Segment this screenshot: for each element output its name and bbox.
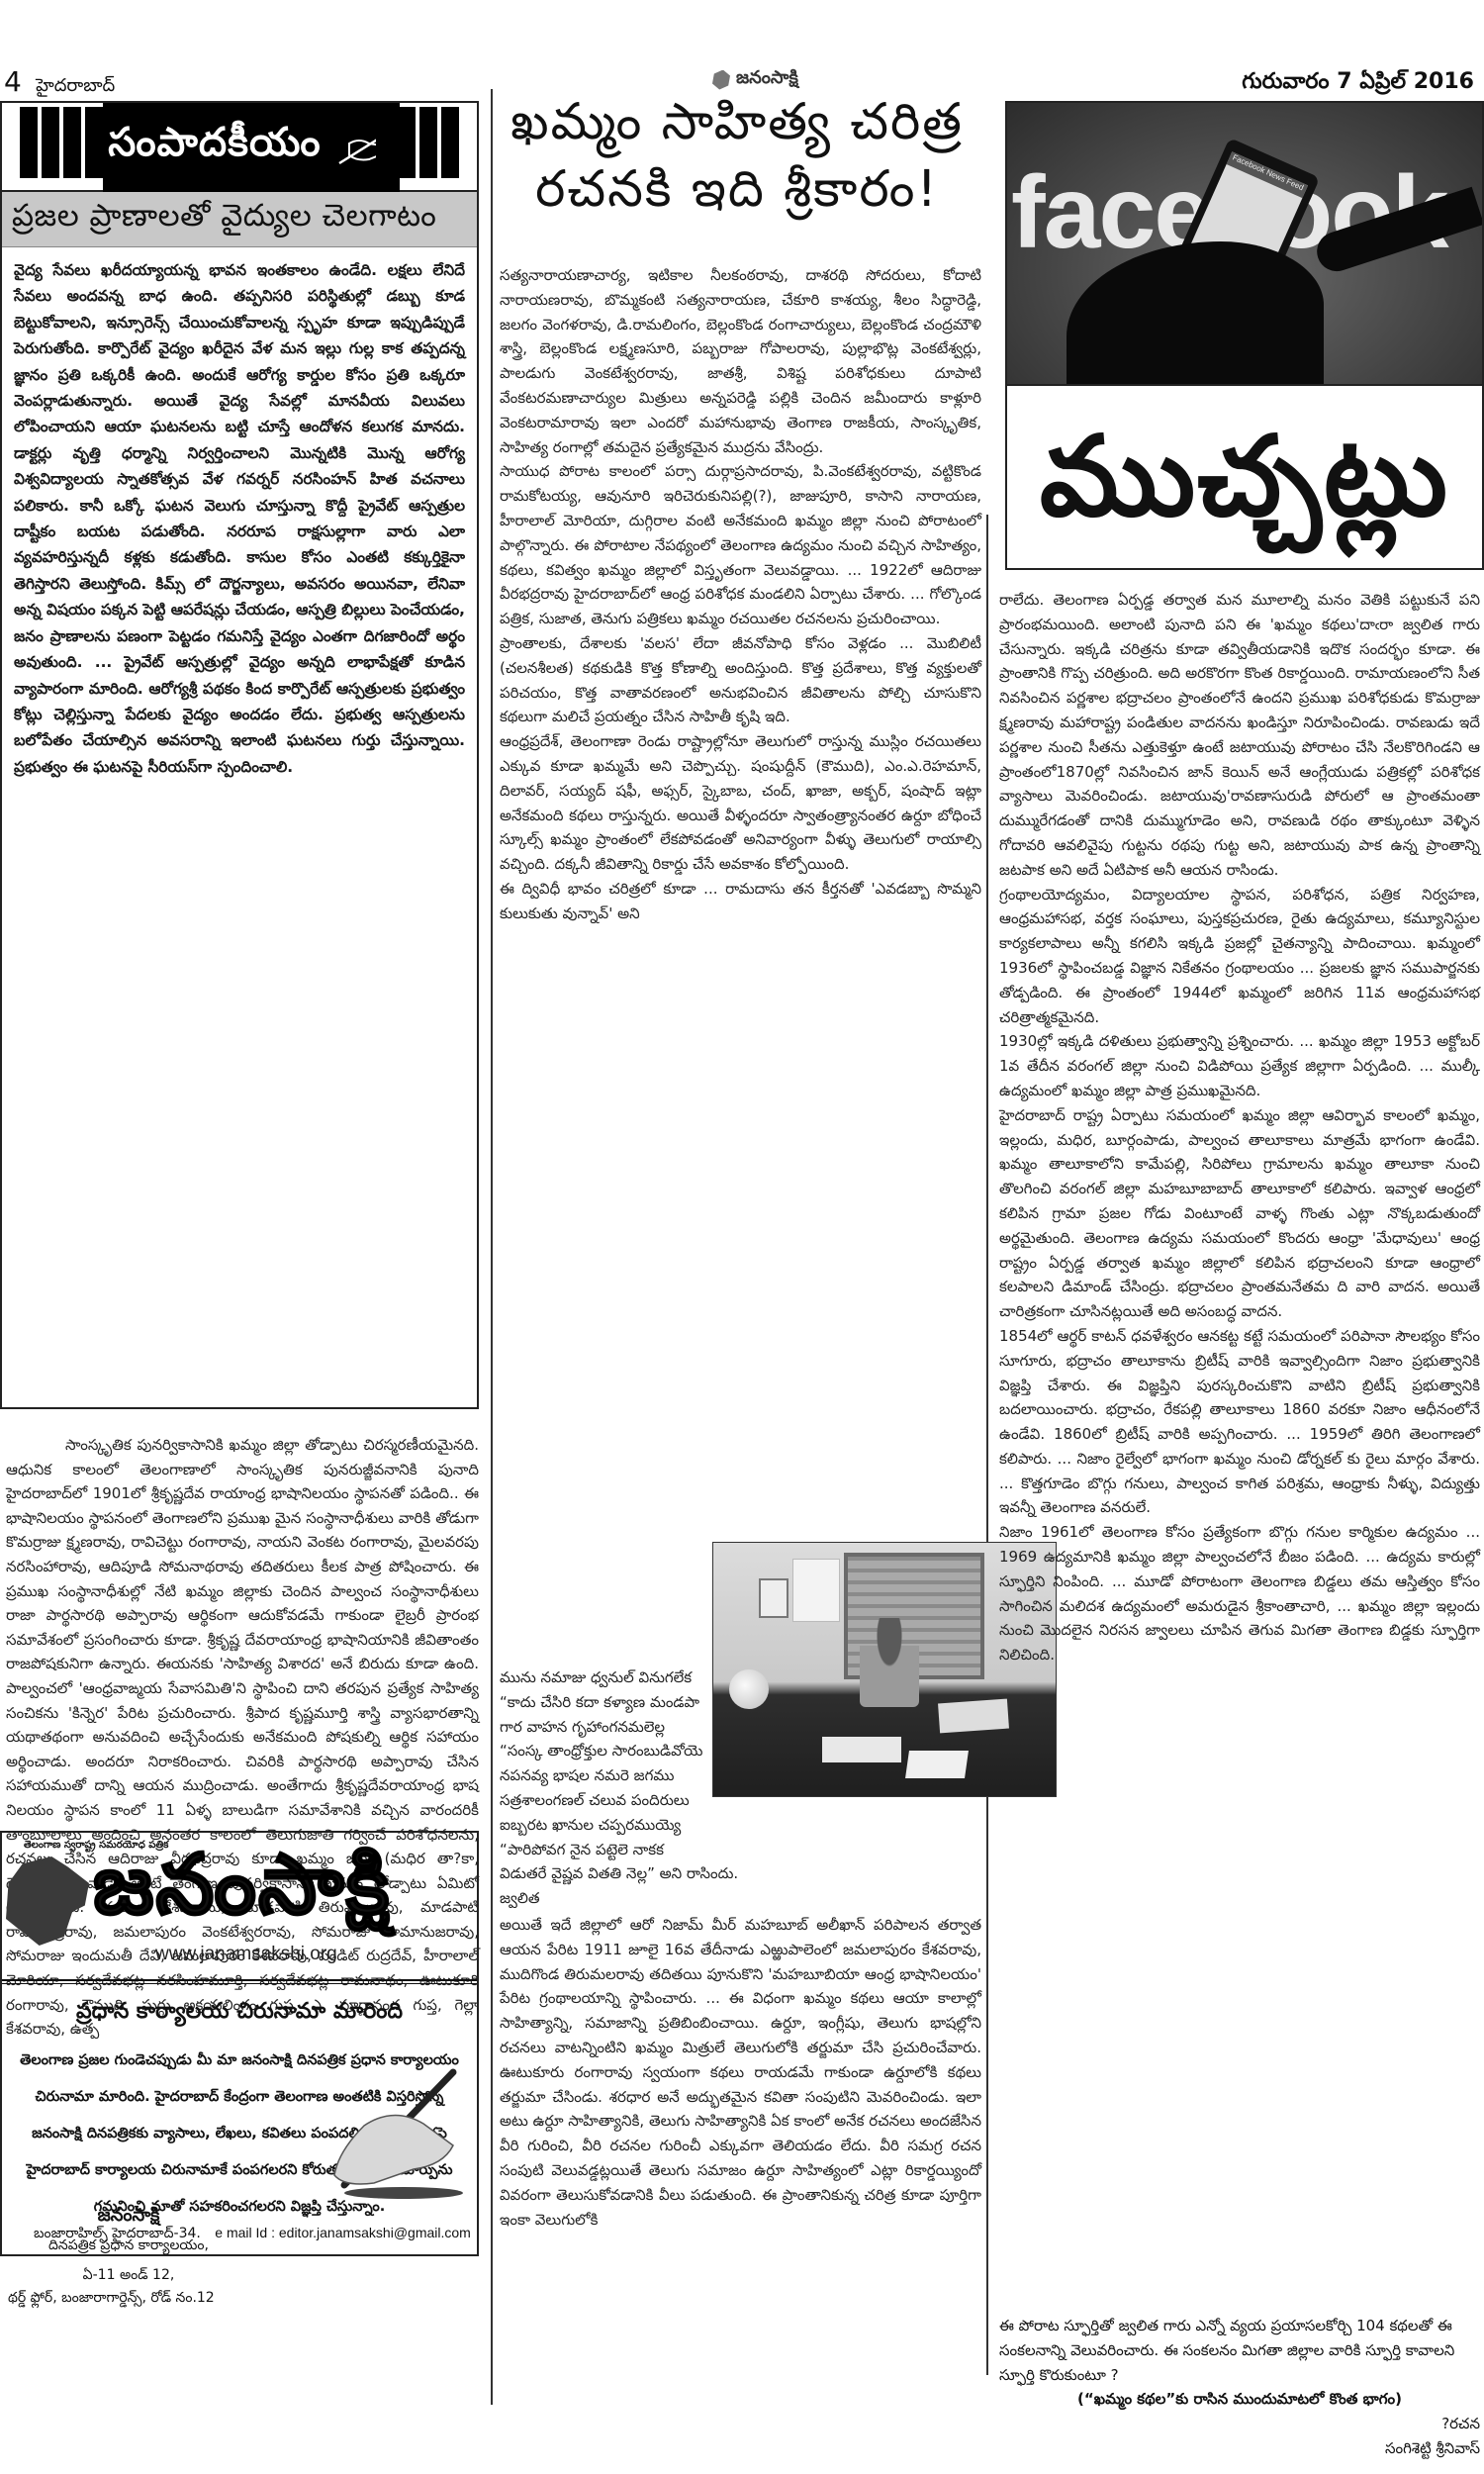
poem-line: విడుతరే వైష్ణవ వితతి నెల్ల” అని రాసిందు. bbox=[500, 1861, 712, 1886]
poem-quote: మును నమాజు ధ్వనుల్ వినుగలేక “కాదు చేసిరి… bbox=[500, 1665, 712, 1911]
article-paragraph: అయితే ఇదే జిల్లాలో ఆరో నిజామ్ మీర్ మహబూబ… bbox=[500, 1913, 981, 2232]
article-paragraph: హైదరాబాద్ రాష్ట్ర ఏర్పాటు సమయంలో ఖమ్మం జ… bbox=[999, 1103, 1480, 1324]
office-address-notice: తెలంగాణ స్వరాష్ట్ర సమరయోధ పత్రిక జనంసాక్… bbox=[0, 1831, 479, 2256]
editorial-box: సంపాదకీయం ప్రజల ప్రాణాలతో వైద్యుల చెలగాట… bbox=[0, 101, 479, 1409]
article-closing: ఈ పోరాట స్ఫూర్తితో జ్వలిత గారు ఎన్నో వ్య… bbox=[999, 2314, 1480, 2387]
poem-line: మును నమాజు ధ్వనుల్ వినుగలేక bbox=[500, 1665, 712, 1690]
column-divider bbox=[986, 515, 988, 2375]
article-headline: ఖమ్మం సాహిత్య చరిత్ర రచనకి ఇది శ్రీకారం! bbox=[495, 89, 979, 224]
editorial-body: వైద్య సేవలు ఖరీదయ్యాయన్న భావన ఇంతకాలం ఉం… bbox=[2, 247, 477, 790]
wall-portrait bbox=[759, 1578, 788, 1618]
papers bbox=[905, 1751, 969, 1778]
facebook-image: facebook Facebook News Feed bbox=[1005, 101, 1484, 384]
article-paragraph: ఈ ద్వివిధీ భావం చరిత్రలో కూడా ... రామదాస… bbox=[500, 877, 981, 926]
article-paragraph: సత్యనారాయణాచార్య, ఇటికాల నీలకంఠరావు, దాశ… bbox=[500, 263, 981, 459]
poem-attribution: జ్వలిత bbox=[500, 1886, 712, 1911]
poem-line: “సంస్క తాంధ్రోక్తుల సారంబుడివోయె bbox=[500, 1739, 712, 1763]
poem-line: గార వాహన గృహాంగనమలెల్ల bbox=[500, 1715, 712, 1740]
article-paragraph: 1854లో ఆర్థర్ కాటన్ ధవళేశ్వరం ఆనకట్ట కట్… bbox=[999, 1324, 1480, 1520]
section-title: ముచ్చట్లు bbox=[1040, 422, 1449, 532]
decorative-bars bbox=[20, 107, 103, 178]
address-line: ఏ-11 అండ్ 12, bbox=[10, 2260, 247, 2290]
column-divider bbox=[491, 89, 493, 2405]
article-body-center: సత్యనారాయణాచార్య, ఇటికాల నీలకంఠరావు, దాశ… bbox=[500, 263, 981, 926]
poem-line: “కాదు చేసిరి కదా కళ్యాణ మండపా bbox=[500, 1690, 712, 1715]
seated-woman bbox=[860, 1618, 919, 1707]
decorative-bars bbox=[376, 107, 459, 178]
divider bbox=[2, 1979, 477, 1984]
hand-writing-pen-icon bbox=[305, 2066, 473, 2205]
poem-line: “పారిపోవగ నైన పట్టెలె నాకక bbox=[500, 1838, 712, 1862]
website-link[interactable]: www.janamsakshi.org bbox=[155, 1944, 337, 1965]
article-paragraph: 1930ల్లో ఇక్కడి దళితులు ప్రభుత్వాన్ని ప్… bbox=[999, 1029, 1480, 1102]
telangana-map-icon bbox=[712, 70, 730, 90]
wall-notice bbox=[792, 1559, 840, 1622]
address-line: బంజారాహిల్స్ హైదరాబాద్-34. bbox=[34, 2226, 201, 2241]
poem-line: ఐబ్బరట ఖానుల చప్పరముయ్యె bbox=[500, 1813, 712, 1838]
email-link[interactable]: e mail Id : editor.janamsakshi@gmail.com bbox=[215, 2225, 471, 2240]
papers bbox=[822, 1737, 901, 1762]
poem-line: నపనవ్య భాషల నమరె జగము bbox=[500, 1763, 712, 1788]
byline-author: సంగిశెట్టి శ్రీనివాస్ bbox=[999, 2436, 1480, 2461]
article-paragraph: ప్రాంతాలకు, దేశాలకు 'వలస' లేదా జీవనోపాధి… bbox=[500, 631, 981, 729]
telangana-map-icon bbox=[6, 1856, 89, 1946]
edition-city: హైదరాబాద్ bbox=[36, 75, 115, 96]
issue-date: గురువారం 7 ఏప్రిల్ 2016 bbox=[1242, 69, 1474, 99]
notice-heading: ప్రధాన కార్యాలయ చిరునామా మారింది bbox=[2, 1999, 477, 2029]
article-footer: ఈ పోరాట స్ఫూర్తితో జ్వలిత గారు ఎన్నో వ్య… bbox=[999, 2314, 1480, 2461]
address-last-line: బంజారాహిల్స్ హైదరాబాద్-34. e mail Id : e… bbox=[34, 2225, 471, 2244]
editorial-title-block: సంపాదకీయం bbox=[103, 103, 400, 192]
byline-label: ?రచన bbox=[999, 2412, 1480, 2436]
article-caption: (“ఖమ్మం కథల”కు రాసిన ముందుమాటలో కొంత భాగ… bbox=[999, 2387, 1480, 2412]
headline-line: ఖమ్మం సాహిత్య చరిత్ర bbox=[495, 89, 979, 156]
headline-line: రచనకి ఇది శ్రీకారం! bbox=[495, 156, 979, 224]
editorial-headline: ప్రజల ప్రాణాలతో వైద్యుల చెలగాటం bbox=[2, 192, 477, 247]
office-address: జనంసాక్షి దినపత్రిక ప్రధాన కార్యాలయం, ఏ-… bbox=[10, 2201, 247, 2290]
editorial-banner: సంపాదకీయం bbox=[2, 103, 477, 192]
article-paragraph: సాయుధ పోరాట కాలంలో పర్సా దుర్గాప్రసాదరావ… bbox=[500, 459, 981, 631]
address-line: థర్డ్ ఫ్లోర్, బంజారాగార్డెన్స్, రోడ్ నం.… bbox=[8, 2290, 215, 2309]
newspaper-logo: జనంసాక్షి bbox=[93, 1843, 391, 1926]
section-title-box: ముచ్చట్లు bbox=[1005, 384, 1484, 570]
files-stack bbox=[938, 1699, 1009, 1734]
article-paragraph: గ్రంథాలయోద్యమం, విద్యాలయాల స్థాపన, పరిశో… bbox=[999, 883, 1480, 1030]
poem-line: సత్రశాలంగణల్ చలువ పందిరులు bbox=[500, 1788, 712, 1813]
globe bbox=[729, 1669, 769, 1709]
article-body-center-lower: అయితే ఇదే జిల్లాలో ఆరో నిజామ్ మీర్ మహబూబ… bbox=[500, 1913, 981, 2232]
editorial-section-title: సంపాదకీయం bbox=[108, 120, 321, 175]
article-paragraph: ఆంధ్రప్రదేశ్, తెలంగాణా రెండు రాష్ట్రాల్ల… bbox=[500, 729, 981, 877]
article-paragraph: నిజాం 1961లో తెలంగాణ కోసం ప్రత్యేకంగా బొ… bbox=[999, 1520, 1480, 1667]
article-body-right: రాలేదు. తెలంగాణ ఏర్పడ్డ తర్వాత మన మూలాల్… bbox=[999, 588, 1480, 1667]
article-paragraph: రాలేదు. తెలంగాణ ఏర్పడ్డ తర్వాత మన మూలాల్… bbox=[999, 588, 1480, 883]
page-number: 4 bbox=[4, 65, 22, 98]
page-number-line: 4 హైదరాబాద్ bbox=[4, 65, 115, 100]
